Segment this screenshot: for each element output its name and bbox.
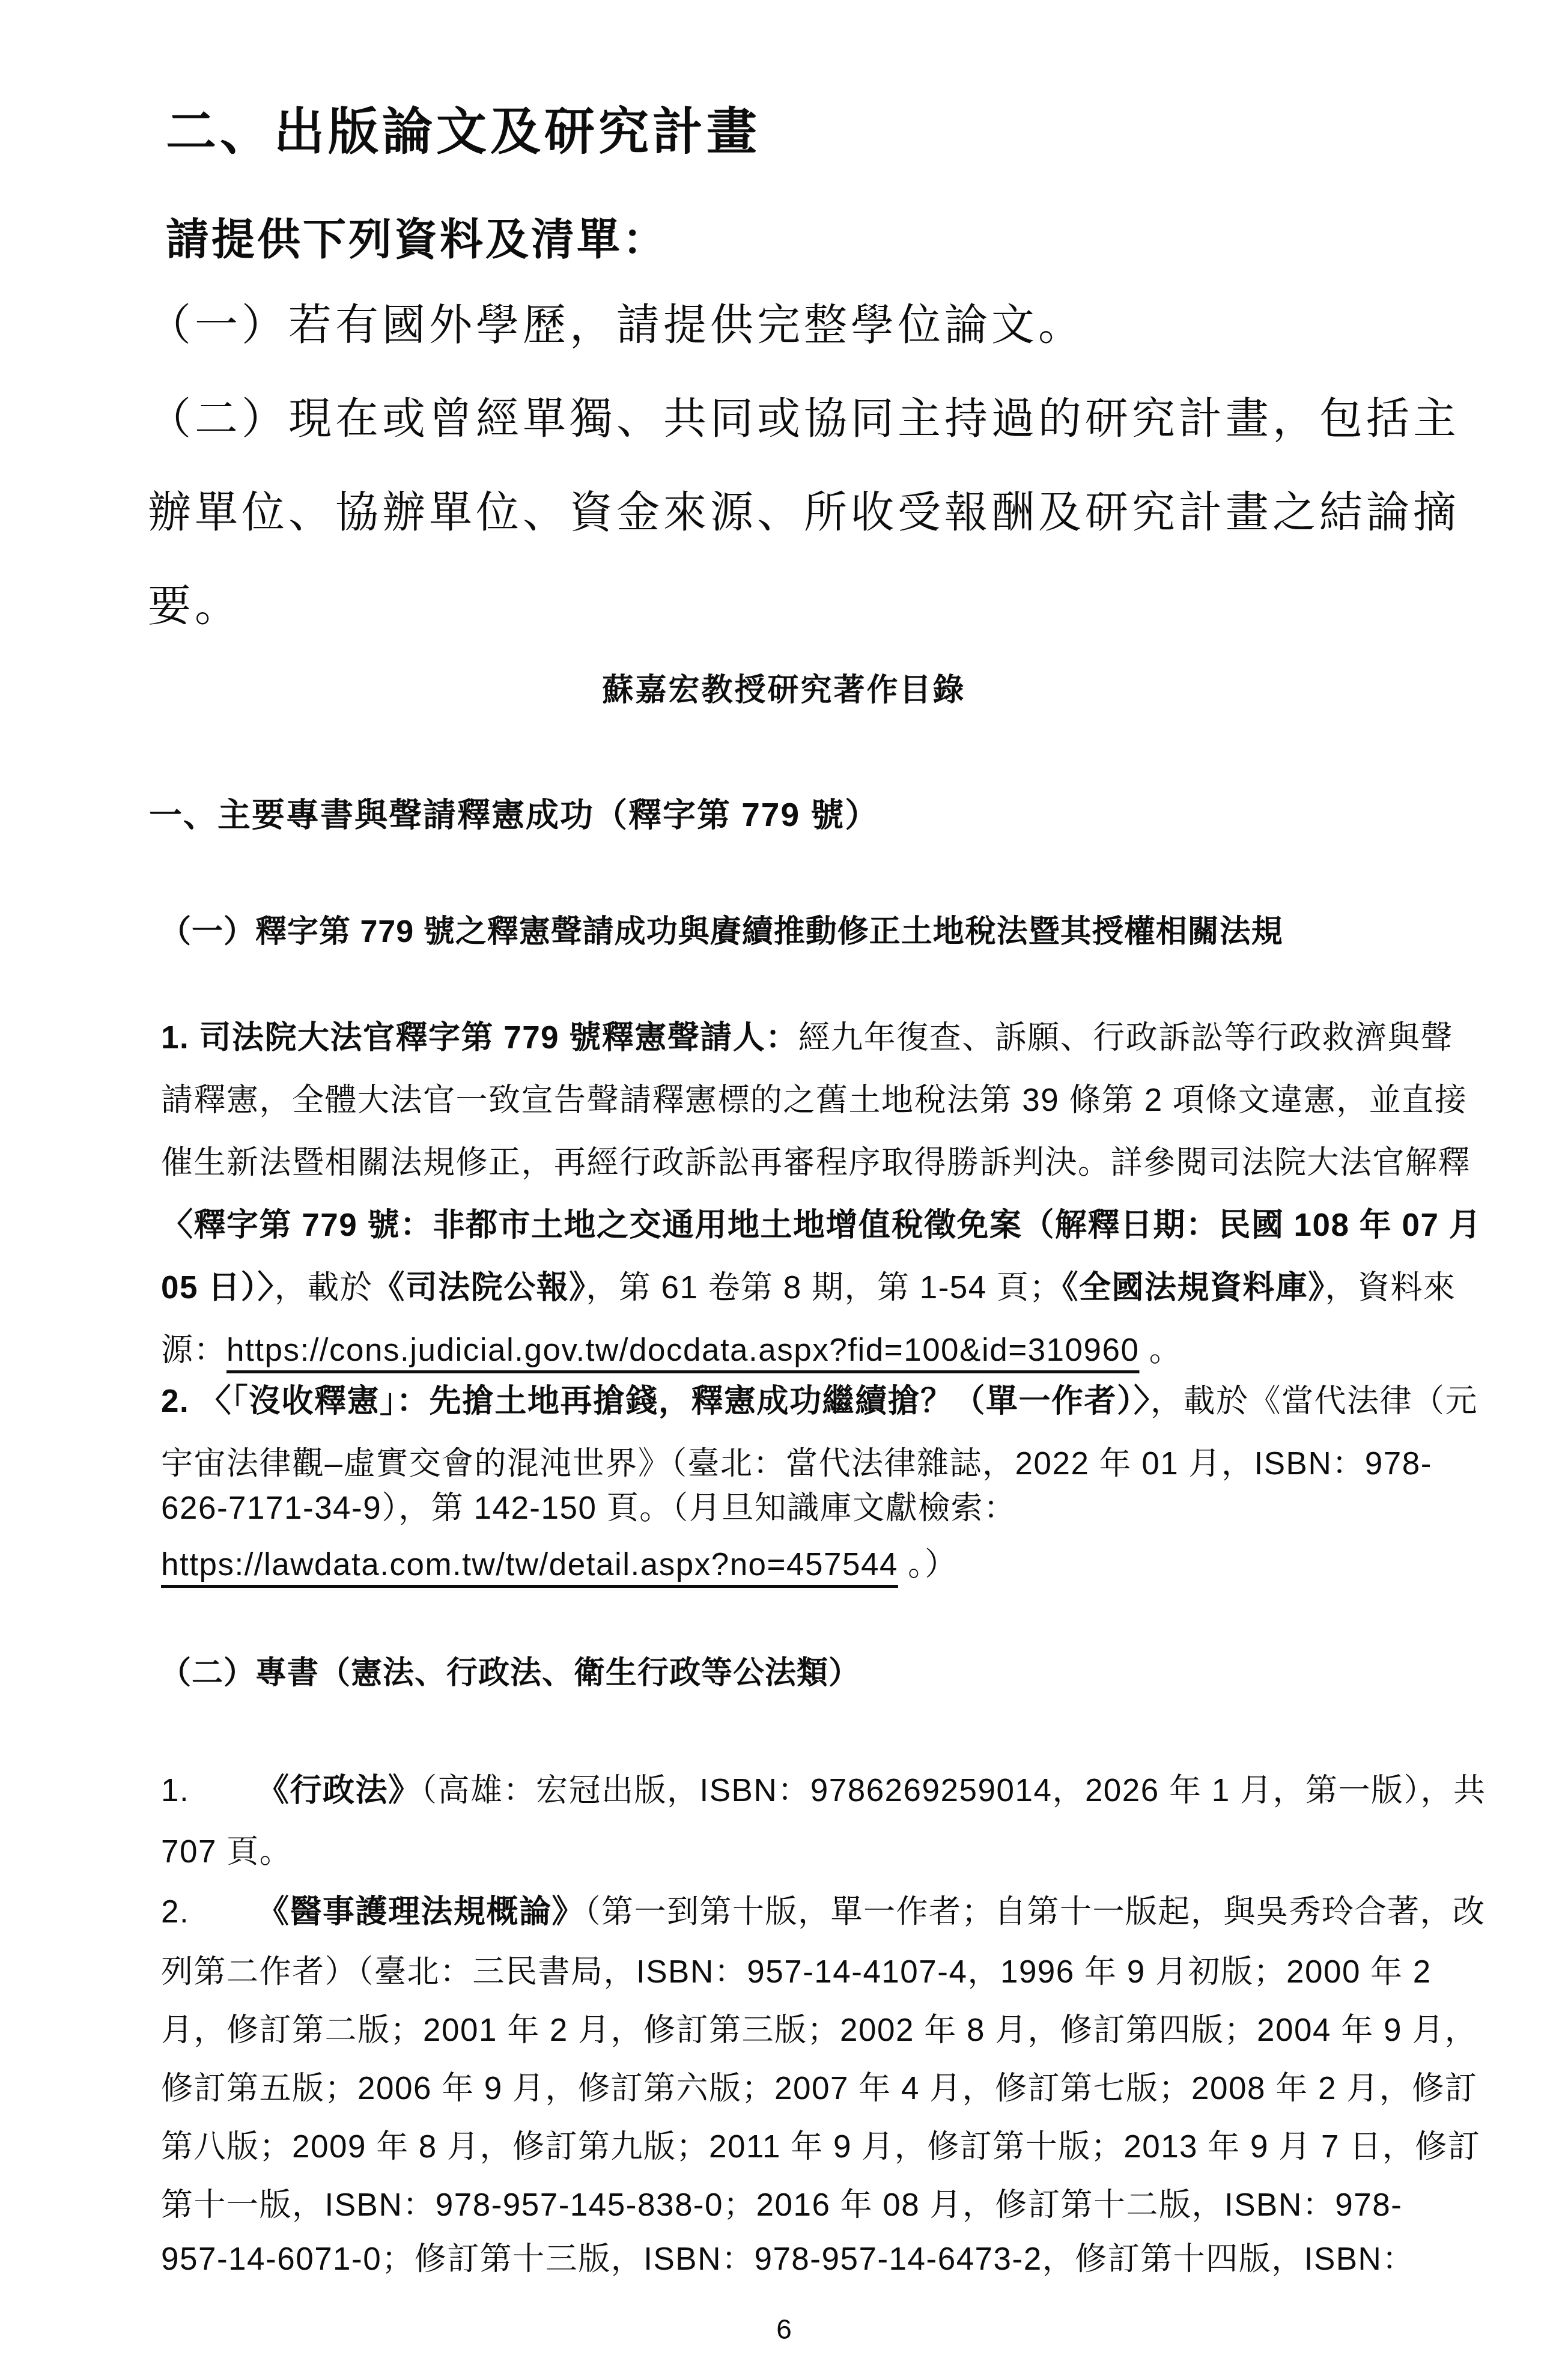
citation-1-line-1: 1. 司法院大法官釋字第 779 號釋憲聲請人：經九年復查、訴願、行政訴訟等行政… [161,1012,1453,1058]
book-2-title: 《醫事護理法規概論》 [257,1894,585,1930]
book-2-line-4: 修訂第五版；2006 年 9 月，修訂第六版；2007 年 4 月，修訂第七版；… [161,2063,1477,2109]
judicial-gazette-title: 《司法院公報》 [372,1270,586,1305]
book-1-number: 1. [161,1772,257,1809]
law-database-title: 《全國法規資料庫》 [1062,1270,1325,1305]
book-1-title: 《行政法》 [257,1773,421,1808]
intro-heading: 請提供下列資料及清單： [166,204,668,267]
citation-2-line-2: 宇宙法律觀–虛實交會的混沌世界》（臺北：當代法律雜誌，2022 年 01 月，I… [161,1438,1432,1484]
citation-1-line-6: 源：https://cons.judicial.gov.tw/docdata.a… [161,1325,1182,1370]
citation-1-line-4: 〈釋字第 779 號：非都市土地之交通用地土地增值稅徵免案（解釋日期：民國 10… [161,1200,1481,1245]
subsection-2-heading: （二）專書（憲法、行政法、衛生行政等公法類） [160,1647,860,1692]
intro-item-1: （一）若有國外學歷，請提供完整學位論文。 [148,290,1085,352]
page-number: 6 [0,2313,1568,2345]
book-1-line-1: 1.《行政法》（高雄：宏冠出版，ISBN：9786269259014，2026 … [161,1765,1486,1811]
book-2-line-6: 第十一版，ISBN：978-957-145-838-0；2016 年 08 月，… [161,2180,1402,2225]
book-2-line-3: 月，修訂第二版；2001 年 2 月，修訂第三版；2002 年 8 月，修訂第四… [161,2005,1477,2050]
citation-1-line-2: 請釋憲，全體大法官一致宣告聲請釋憲標的之舊土地稅法第 39 條第 2 項條文違憲… [161,1075,1467,1120]
subsection-1-heading: （一）釋字第 779 號之釋憲聲請成功與賡續推動修正土地稅法暨其授權相關法規 [160,906,1283,951]
citation-1-petitioner-label: 1. 司法院大法官釋字第 779 號釋憲聲請人： [161,1020,798,1056]
citation-2-line-4: https://lawdata.com.tw/tw/detail.aspx?no… [161,1539,958,1585]
book-2-number: 2. [161,1894,257,1930]
section-1-heading: 一、主要專書與聲請釋憲成功（釋字第 779 號） [149,788,879,836]
book-2-line-7: 957-14-6071-0；修訂第十三版，ISBN：978-957-14-647… [161,2234,1415,2279]
catalog-title: 蘇嘉宏教授研究著作目錄 [0,664,1568,710]
interpretation-779-title: 〈釋字第 779 號：非都市土地之交通用地土地增值稅徵免案（解釋日期：民國 10… [161,1208,1481,1243]
book-2-line-2: 列第二作者）（臺北：三民書局，ISBN：957-14-4107-4，1996 年… [161,1946,1432,1992]
citation-1-line-3: 催生新法暨相關法規修正，再經行政訴訟再審程序取得勝訴判決。詳參閱司法院大法官解釋 [161,1137,1471,1183]
lawdata-link[interactable]: https://lawdata.com.tw/tw/detail.aspx?no… [161,1547,898,1582]
document-page: 二、出版論文及研究計畫 請提供下列資料及清單： （一）若有國外學歷，請提供完整學… [0,0,1568,2361]
judicial-gov-link[interactable]: https://cons.judicial.gov.tw/docdata.asp… [226,1332,1140,1368]
book-2-line-5: 第八版；2009 年 8 月，修訂第九版；2011 年 9 月，修訂第十版；20… [161,2121,1480,2167]
citation-2-line-1: 2. 〈「沒收釋憲」：先搶土地再搶錢，釋憲成功繼續搶？（單一作者）〉，載於《當代… [161,1376,1478,1421]
intro-item-2-line-1: （二）現在或曾經單獨、共同或協同主持過的研究計畫，包括主 [148,383,1460,446]
intro-item-2-line-2: 辦單位、協辦單位、資金來源、所收受報酬及研究計畫之結論摘 [148,477,1460,539]
citation-2-line-3: 626-7171-34-9），第 142-150 頁。（月旦知識庫文獻檢索： [161,1483,1016,1528]
book-2-line-1: 2.《醫事護理法規概論》（第一到第十版，單一作者；自第十一版起，與吳秀玲合著，改 [161,1886,1486,1932]
page-title: 二、出版論文及研究計畫 [166,91,761,164]
confiscation-article-title: 2. 〈「沒收釋憲」：先搶土地再搶錢，釋憲成功繼續搶？（單一作者）〉 [161,1384,1150,1419]
book-1-line-2: 707 頁。 [161,1826,292,1872]
intro-item-2-line-3: 要。 [148,571,242,633]
citation-1-line-5: 05 日）〉，載於《司法院公報》，第 61 卷第 8 期，第 1-54 頁；《全… [161,1262,1456,1308]
